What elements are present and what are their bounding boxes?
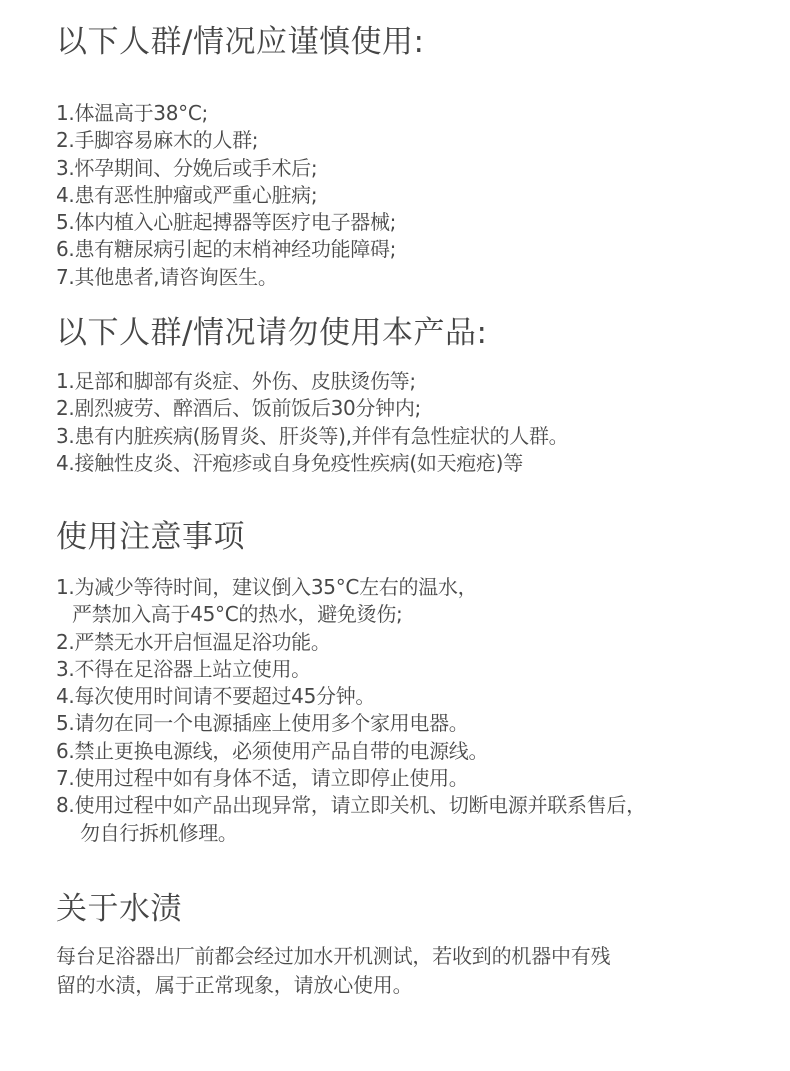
list-item: 1.体温高于38°C; [56, 100, 750, 127]
list-item: 4.每次使用时间请不要超过45分钟。 [56, 683, 750, 710]
list-item-continuation: 严禁加入高于45°C的热水，避免烫伤; [56, 601, 750, 628]
list-item: 3.患有内脏疾病(肠胃炎、肝炎等),并伴有急性症状的人群。 [56, 423, 750, 450]
list-item-text: 8.使用过程中如产品出现异常，请立即关机、切断电源并联系售后， [56, 793, 646, 817]
list-item: 7.其他患者,请咨询医生。 [56, 264, 750, 291]
section-water-stains: 关于水渍 每台足浴器出厂前都会经过加水开机测试，若收到的机器中有残 留的水渍，属… [56, 889, 750, 1000]
list-item: 4.接触性皮炎、汗疱疹或自身免疫性疾病(如天疱疮)等 [56, 450, 750, 477]
list-item: 2.严禁无水开启恒温足浴功能。 [56, 629, 750, 656]
list-item: 7.使用过程中如有身体不适，请立即停止使用。 [56, 765, 750, 792]
list-item-text: 1.为减少等待时间，建议倒入35°C左右的温水， [56, 575, 477, 599]
caution-list: 1.体温高于38°C; 2.手脚容易麻木的人群; 3.怀孕期间、分娩后或手术后;… [56, 100, 750, 291]
list-item: 6.禁止更换电源线，必须使用产品自带的电源线。 [56, 738, 750, 765]
list-item: 2.手脚容易麻木的人群; [56, 127, 750, 154]
section-title: 使用注意事项 [56, 517, 750, 557]
list-item: 2.剧烈疲劳、醉酒后、饭前饭后30分钟内; [56, 395, 750, 422]
list-item-continuation: 勿自行拆机修理。 [56, 820, 750, 847]
section-title: 关于水渍 [56, 889, 750, 929]
list-item: 8.使用过程中如产品出现异常，请立即关机、切断电源并联系售后， 勿自行拆机修理。 [56, 792, 750, 847]
list-item: 4.患有恶性肿瘤或严重心脏病; [56, 182, 750, 209]
paragraph-line: 每台足浴器出厂前都会经过加水开机测试，若收到的机器中有残 [56, 942, 750, 971]
list-item: 5.体内植入心脏起搏器等医疗电子器械; [56, 209, 750, 236]
list-item: 1.为减少等待时间，建议倒入35°C左右的温水， 严禁加入高于45°C的热水，避… [56, 574, 750, 629]
prohibited-list: 1.足部和脚部有炎症、外伤、皮肤烫伤等; 2.剧烈疲劳、醉酒后、饭前饭后30分钟… [56, 368, 750, 477]
section-title: 以下人群/情况应谨慎使用: [56, 22, 750, 62]
section-prohibited: 以下人群/情况请勿使用本产品: 1.足部和脚部有炎症、外伤、皮肤烫伤等; 2.剧… [56, 313, 750, 477]
section-caution: 以下人群/情况应谨慎使用: 1.体温高于38°C; 2.手脚容易麻木的人群; 3… [56, 22, 750, 291]
list-item: 3.怀孕期间、分娩后或手术后; [56, 155, 750, 182]
list-item: 5.请勿在同一个电源插座上使用多个家用电器。 [56, 710, 750, 737]
list-item: 6.患有糖尿病引起的末梢神经功能障碍; [56, 236, 750, 263]
section-title: 以下人群/情况请勿使用本产品: [56, 313, 750, 353]
paragraph-line: 留的水渍，属于正常现象，请放心使用。 [56, 971, 750, 1000]
section-usage-notes: 使用注意事项 1.为减少等待时间，建议倒入35°C左右的温水， 严禁加入高于45… [56, 517, 750, 847]
list-item: 3.不得在足浴器上站立使用。 [56, 656, 750, 683]
water-stains-paragraph: 每台足浴器出厂前都会经过加水开机测试，若收到的机器中有残 留的水渍，属于正常现象… [56, 942, 750, 1000]
usage-notes-list: 1.为减少等待时间，建议倒入35°C左右的温水， 严禁加入高于45°C的热水，避… [56, 574, 750, 847]
list-item: 1.足部和脚部有炎症、外伤、皮肤烫伤等; [56, 368, 750, 395]
